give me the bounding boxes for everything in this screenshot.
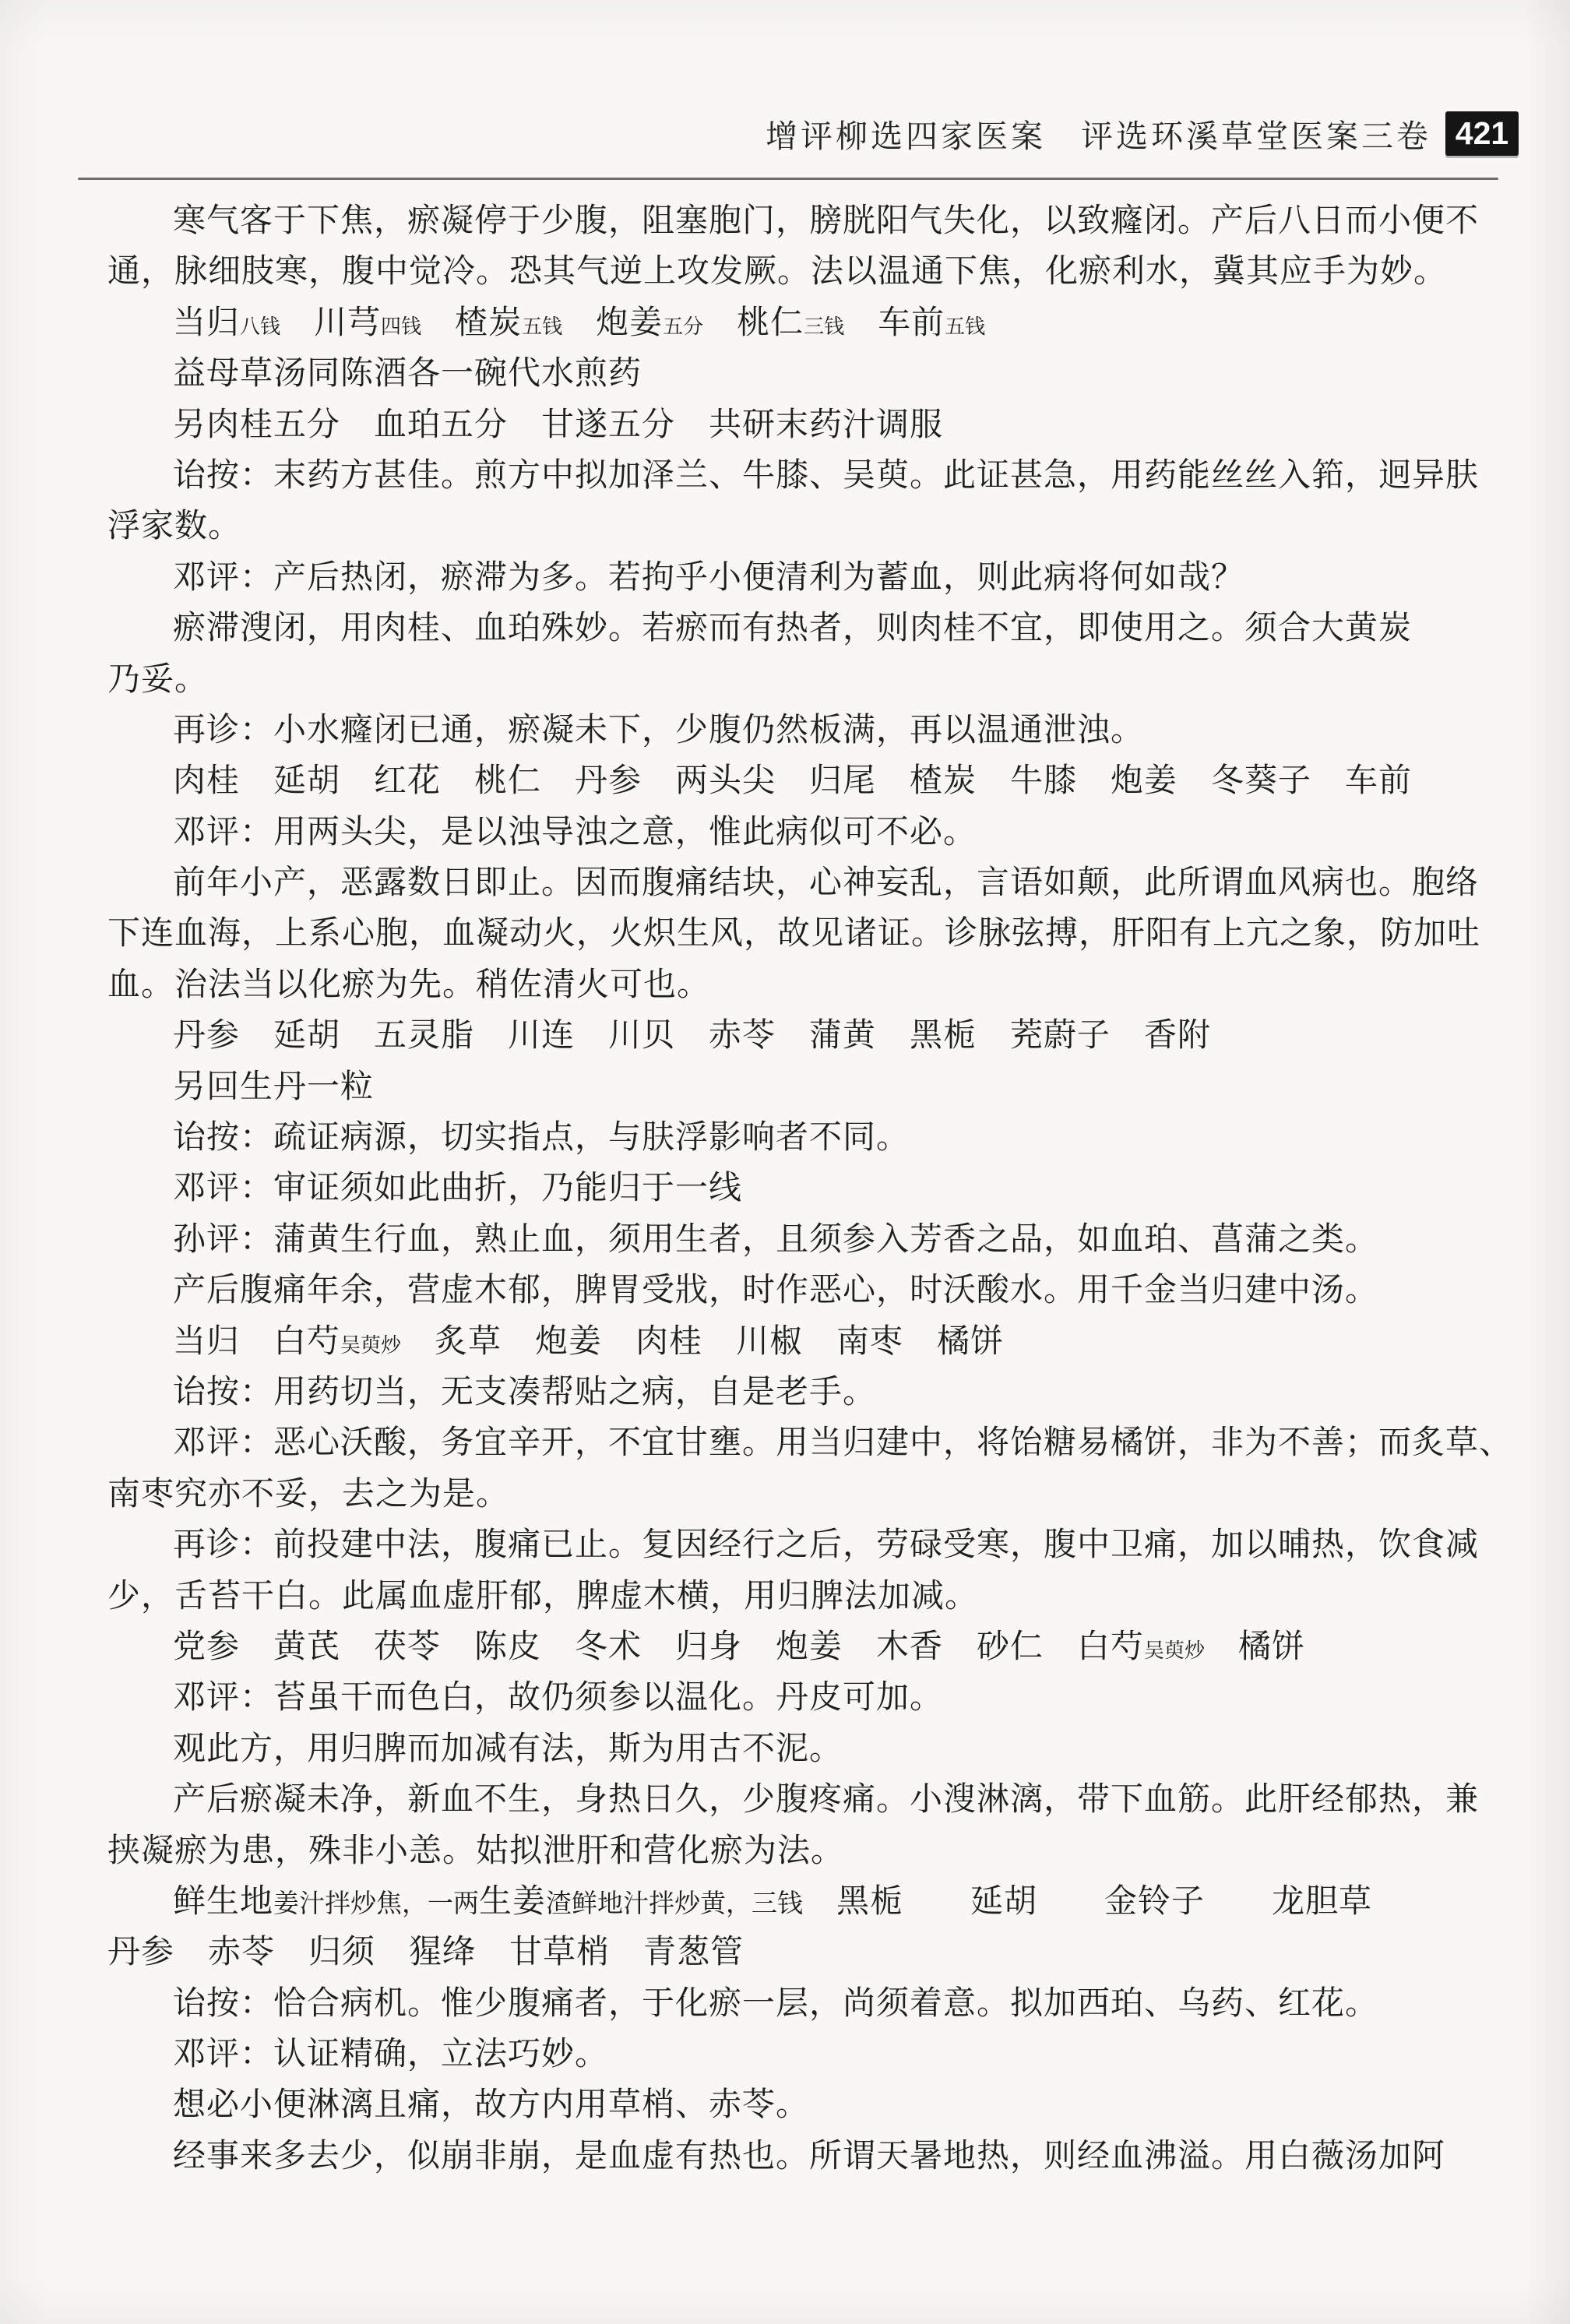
dosage-annotation: 五钱: [945, 315, 985, 338]
text-run: 另肉桂五分 血珀五分 甘遂五分 共研末药汁调服: [173, 407, 943, 443]
page-number-badge: 421: [1445, 111, 1519, 156]
text-run: 丹参 延胡 五灵脂 川连 川贝 赤苓 蒲黄 黑栀 茺蔚子 香附: [173, 1018, 1211, 1054]
running-title: 增评柳选四家医案 评选环溪草堂医案三卷: [766, 111, 1431, 157]
text-line: 当归八钱 川芎四钱 楂炭五钱 炮姜五分 桃仁三钱 车前五钱: [107, 298, 1497, 349]
text-run: 诒按：疏证病源，切实指点，与肤浮影响者不同。: [173, 1120, 910, 1156]
text-run: 瘀滞溲闭，用肉桂、血珀殊妙。若瘀而有热者，则肉桂不宜，即使用之。须合大黄炭: [173, 611, 1412, 646]
text-line: 产后腹痛年余，营虚木郁，脾胃受戕，时作恶心，时沃酸水。用千金当归建中汤。: [107, 1266, 1497, 1316]
text-run: 邓评：产后热闭，瘀滞为多。若拘乎小便清利为蓄血，则此病将何如哉？: [173, 560, 1244, 596]
text-run: 孙评：蒲黄生行血，熟止血，须用生者，且须参入芳香之品，如血珀、菖蒲之类。: [173, 1222, 1378, 1258]
dosage-annotation: 四钱: [381, 315, 421, 338]
text-line: 孙评：蒲黄生行血，熟止血，须用生者，且须参入芳香之品，如血珀、菖蒲之类。: [107, 1215, 1497, 1266]
text-line: 通，脉细肢寒，腹中觉冷。恐其气逆上攻发厥。法以温通下焦，化瘀利水，冀其应手为妙。: [107, 247, 1497, 298]
dosage-annotation: 八钱: [240, 315, 280, 338]
dosage-annotation: 吴萸炒: [340, 1334, 401, 1357]
text-run: 邓评：认证精确，立法巧妙。: [173, 2037, 608, 2072]
dosage-annotation: 姜汁拌炒焦，一两: [273, 1890, 479, 1918]
text-run: 想必小便淋漓且痛，故方内用草梢、赤苓。: [173, 2087, 809, 2123]
text-run: 邓评：审证须如此曲折，乃能归于一线: [173, 1171, 742, 1206]
dosage-annotation: 渣鲜地汁拌炒黄，三钱: [546, 1890, 803, 1918]
dosage-annotation: 三钱: [804, 315, 844, 338]
text-line: 再诊：前投建中法，腹痛已止。复因经行之后，劳碌受寒，腹中卫痛，加以晡热，饮食减: [107, 1520, 1497, 1571]
text-run: 鲜生地: [173, 1884, 273, 1920]
text-run: 川芎: [280, 305, 381, 341]
text-run: 寒气客于下焦，瘀凝停于少腹，阻塞胞门，膀胱阳气失化，以致癃闭。产后八日而小便不: [173, 203, 1479, 239]
dosage-annotation: 吴萸炒: [1144, 1639, 1205, 1662]
text-run: 邓评：苔虽干而色白，故仍须参以温化。丹皮可加。: [173, 1680, 943, 1716]
text-line: 诒按：疏证病源，切实指点，与肤浮影响者不同。: [107, 1113, 1497, 1164]
text-run: 邓评：用两头尖，是以浊导浊之意，惟此病似可不必。: [173, 815, 977, 850]
page-body-text: 寒气客于下焦，瘀凝停于少腹，阻塞胞门，膀胱阳气失化，以致癃闭。产后八日而小便不通…: [107, 196, 1497, 2182]
dosage-annotation: 五钱: [522, 315, 562, 338]
text-line: 另回生丹一粒: [107, 1062, 1497, 1113]
text-line: 浮家数。: [107, 502, 1497, 552]
text-line: 鲜生地姜汁拌炒焦，一两生姜渣鲜地汁拌炒黄，三钱 黑栀 延胡 金铃子 龙胆草: [107, 1877, 1497, 1928]
text-run: 下连血海，上系心胞，血凝动火，火炽生风，故见诸证。诊脉弦搏，肝阳有上亢之象，防加…: [107, 916, 1480, 952]
text-line: 产后瘀凝未净，新血不生，身热日久，少腹疼痛。小溲淋漓，带下血筋。此肝经郁热，兼: [107, 1775, 1497, 1826]
text-run: 再诊：小水癃闭已通，瘀凝未下，少腹仍然板满，再以温通泄浊。: [173, 713, 1144, 748]
text-line: 邓评：产后热闭，瘀滞为多。若拘乎小便清利为蓄血，则此病将何如哉？: [107, 553, 1497, 604]
text-run: 诒按：用药切当，无支凑帮贴之病，自是老手。: [173, 1375, 876, 1410]
text-run: 另回生丹一粒: [173, 1069, 374, 1105]
text-run: 黑栀 延胡 金铃子 龙胆草: [803, 1884, 1372, 1920]
text-run: 炮姜: [562, 305, 663, 341]
text-line: 当归 白芍吴萸炒 炙草 炮姜 肉桂 川椒 南枣 橘饼: [107, 1317, 1497, 1368]
dosage-annotation: 五分: [663, 315, 703, 338]
text-line: 前年小产，恶露数日即止。因而腹痛结块，心神妄乱，言语如颠，此所谓血风病也。胞络: [107, 858, 1497, 909]
text-line: 下连血海，上系心胞，血凝动火，火炽生风，故见诸证。诊脉弦搏，肝阳有上亢之象，防加…: [107, 909, 1497, 960]
text-run: 车前: [844, 305, 945, 341]
text-run: 党参 黄芪 茯苓 陈皮 冬术 归身 炮姜 木香 砂仁 白芍: [173, 1629, 1144, 1665]
text-line: 邓评：审证须如此曲折，乃能归于一线: [107, 1164, 1497, 1214]
text-line: 邓评：用两头尖，是以浊导浊之意，惟此病似可不必。: [107, 808, 1497, 858]
text-run: 桃仁: [703, 305, 804, 341]
text-run: 血。治法当以化瘀为先。稍佐清火可也。: [107, 967, 710, 1003]
text-line: 丹参 延胡 五灵脂 川连 川贝 赤苓 蒲黄 黑栀 茺蔚子 香附: [107, 1011, 1497, 1062]
text-line: 瘀滞溲闭，用肉桂、血珀殊妙。若瘀而有热者，则肉桂不宜，即使用之。须合大黄炭: [107, 604, 1497, 654]
text-run: 邓评：恶心沃酸，务宜辛开，不宜甘壅。用当归建中，将饴糖易橘饼，非为不善；而炙草、: [173, 1425, 1512, 1461]
text-line: 党参 黄芪 茯苓 陈皮 冬术 归身 炮姜 木香 砂仁 白芍吴萸炒 橘饼: [107, 1622, 1497, 1673]
text-line: 挟凝瘀为患，殊非小恙。姑拟泄肝和营化瘀为法。: [107, 1826, 1497, 1877]
text-line: 肉桂 延胡 红花 桃仁 丹参 两头尖 归尾 楂炭 牛膝 炮姜 冬葵子 车前: [107, 756, 1497, 807]
text-run: 通，脉细肢寒，腹中觉冷。恐其气逆上攻发厥。法以温通下焦，化瘀利水，冀其应手为妙。: [107, 254, 1447, 290]
text-line: 邓评：恶心沃酸，务宜辛开，不宜甘壅。用当归建中，将饴糖易橘饼，非为不善；而炙草、: [107, 1418, 1497, 1469]
text-run: 当归 白芍: [173, 1324, 340, 1360]
text-run: 当归: [173, 305, 240, 341]
header-rule: [78, 178, 1498, 180]
text-line: 乃妥。: [107, 655, 1497, 706]
text-run: 诒按：末药方甚佳。煎方中拟加泽兰、牛膝、吴萸。此证甚急，用药能丝丝入筘，迥异肤: [173, 458, 1479, 494]
text-line: 血。治法当以化瘀为先。稍佐清火可也。: [107, 960, 1497, 1011]
scanned-book-page: 增评柳选四家医案 评选环溪草堂医案三卷 421 寒气客于下焦，瘀凝停于少腹，阻塞…: [0, 0, 1570, 2324]
text-line: 南枣究亦不妥，去之为是。: [107, 1470, 1497, 1520]
text-line: 诒按：用药切当，无支凑帮贴之病，自是老手。: [107, 1368, 1497, 1418]
text-run: 乃妥。: [107, 662, 208, 698]
text-run: 丹参 赤苓 归须 猩绛 甘草梢 青葱管: [107, 1935, 744, 1970]
text-line: 观此方，用归脾而加减有法，斯为用古不泥。: [107, 1724, 1497, 1775]
text-run: 少，舌苔干白。此属血虚肝郁，脾虚木横，用归脾法加减。: [107, 1579, 978, 1614]
text-line: 寒气客于下焦，瘀凝停于少腹，阻塞胞门，膀胱阳气失化，以致癃闭。产后八日而小便不: [107, 196, 1497, 247]
text-run: 挟凝瘀为患，殊非小恙。姑拟泄肝和营化瘀为法。: [107, 1833, 844, 1869]
text-line: 丹参 赤苓 归须 猩绛 甘草梢 青葱管: [107, 1928, 1497, 1978]
page-header: 增评柳选四家医案 评选环溪草堂医案三卷 421: [766, 111, 1519, 157]
text-run: 楂炭: [421, 305, 522, 341]
text-run: 前年小产，恶露数日即止。因而腹痛结块，心神妄乱，言语如颠，此所谓血风病也。胞络: [173, 865, 1479, 901]
text-run: 南枣究亦不妥，去之为是。: [107, 1477, 509, 1512]
text-run: 经事来多去少，似崩非崩，是血虚有热也。所谓天暑地热，则经血沸溢。用白薇汤加阿: [173, 2139, 1445, 2174]
text-line: 想必小便淋漓且痛，故方内用草梢、赤苓。: [107, 2080, 1497, 2131]
text-line: 邓评：苔虽干而色白，故仍须参以温化。丹皮可加。: [107, 1673, 1497, 1724]
text-line: 益母草汤同陈酒各一碗代水煎药: [107, 349, 1497, 400]
text-run: 益母草汤同陈酒各一碗代水煎药: [173, 356, 642, 392]
text-line: 另肉桂五分 血珀五分 甘遂五分 共研末药汁调服: [107, 400, 1497, 451]
text-run: 浮家数。: [107, 509, 241, 544]
text-run: 产后腹痛年余，营虚木郁，脾胃受戕，时作恶心，时沃酸水。用千金当归建中汤。: [173, 1273, 1378, 1308]
text-run: 炙草 炮姜 肉桂 川椒 南枣 橘饼: [401, 1324, 1004, 1360]
text-line: 邓评：认证精确，立法巧妙。: [107, 2030, 1497, 2080]
text-run: 橘饼: [1205, 1629, 1305, 1665]
text-run: 肉桂 延胡 红花 桃仁 丹参 两头尖 归尾 楂炭 牛膝 炮姜 冬葵子 车前: [173, 763, 1412, 799]
text-run: 产后瘀凝未净，新血不生，身热日久，少腹疼痛。小溲淋漓，带下血筋。此肝经郁热，兼: [173, 1782, 1479, 1818]
text-line: 经事来多去少，似崩非崩，是血虚有热也。所谓天暑地热，则经血沸溢。用白薇汤加阿: [107, 2132, 1497, 2182]
text-line: 少，舌苔干白。此属血虚肝郁，脾虚木横，用归脾法加减。: [107, 1572, 1497, 1622]
text-line: 再诊：小水癃闭已通，瘀凝未下，少腹仍然板满，再以温通泄浊。: [107, 706, 1497, 756]
text-line: 诒按：末药方甚佳。煎方中拟加泽兰、牛膝、吴萸。此证甚急，用药能丝丝入筘，迥异肤: [107, 451, 1497, 502]
text-run: 生姜: [479, 1884, 546, 1920]
text-run: 诒按：恰合病机。惟少腹痛者，于化瘀一层，尚须着意。拟加西珀、乌药、红花。: [173, 1986, 1378, 2022]
text-line: 诒按：恰合病机。惟少腹痛者，于化瘀一层，尚须着意。拟加西珀、乌药、红花。: [107, 1979, 1497, 2030]
text-run: 再诊：前投建中法，腹痛已止。复因经行之后，劳碌受寒，腹中卫痛，加以晡热，饮食减: [173, 1527, 1479, 1563]
text-run: 观此方，用归脾而加减有法，斯为用古不泥。: [173, 1731, 843, 1767]
